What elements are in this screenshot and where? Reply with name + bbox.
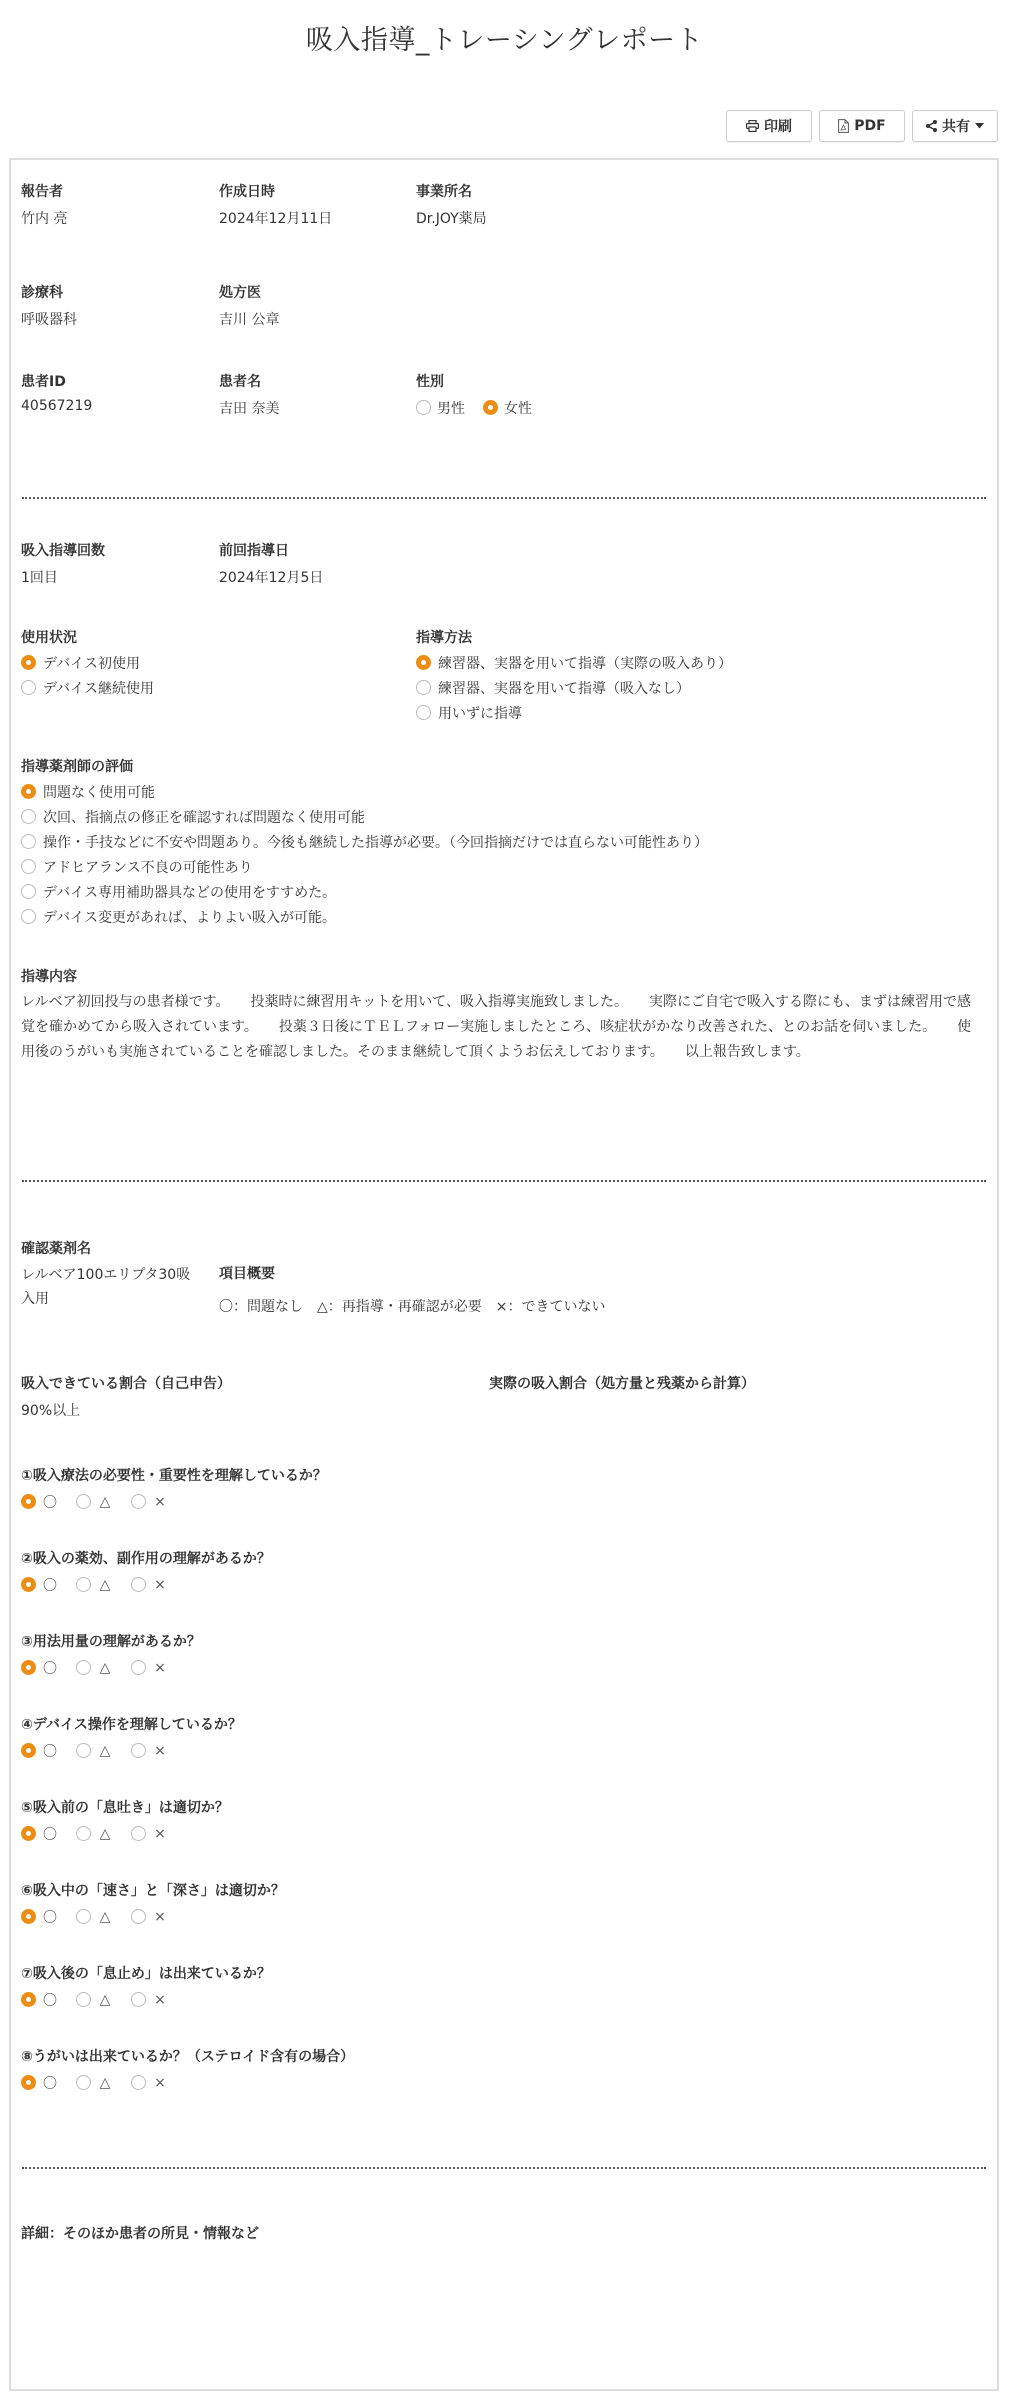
radio-unselected-icon[interactable]: [416, 680, 431, 695]
print-button[interactable]: 印刷: [726, 110, 812, 142]
radio-unselected-icon[interactable]: [21, 834, 36, 849]
patient-name-value: 吉田 奈美: [219, 398, 279, 418]
share-icon: [926, 120, 937, 132]
radio-unselected-icon[interactable]: [416, 400, 431, 415]
question-item: ②吸入の薬効、副作用の理解があるか？ 〇 △ ×: [21, 1548, 354, 1631]
radio-unselected-icon[interactable]: [76, 1743, 91, 1758]
pdf-file-icon: [838, 119, 849, 133]
radio-selected-icon[interactable]: [21, 1909, 36, 1924]
radio-unselected-icon[interactable]: [76, 1494, 91, 1509]
pdf-button[interactable]: PDF: [819, 110, 905, 142]
radio-unselected-icon[interactable]: [131, 2075, 146, 2090]
radio-unselected-icon[interactable]: [416, 705, 431, 720]
section-divider: [22, 2167, 986, 2169]
question-item: ⑥吸入中の「速さ」と「深さ」は適切か？ 〇 △ ×: [21, 1880, 354, 1963]
option-recheck[interactable]: △: [76, 1909, 113, 1925]
option-good[interactable]: 〇: [21, 1824, 58, 1844]
radio-unselected-icon[interactable]: [131, 1826, 146, 1841]
radio-unselected-icon[interactable]: [76, 1992, 91, 2007]
actual-rate-label: 実際の吸入割合（処方量と残薬から計算）: [489, 1373, 755, 1393]
question-radio-group: 〇 △ ×: [21, 1489, 354, 1514]
method-option-without-inhalation[interactable]: 練習器、実器を用いて指導（吸入なし）: [416, 675, 732, 700]
share-label: 共有: [942, 116, 970, 136]
guidance-count-value: 1回目: [21, 567, 58, 587]
option-good[interactable]: 〇: [21, 1658, 58, 1678]
option-recheck[interactable]: △: [76, 1494, 113, 1510]
radio-unselected-icon[interactable]: [131, 1909, 146, 1924]
radio-selected-icon[interactable]: [21, 1743, 36, 1758]
option-recheck[interactable]: △: [76, 1743, 113, 1759]
report-panel: 報告者 竹内 亮 作成日時 2024年12月11日 事業所名 Dr.JOY薬局 …: [9, 158, 999, 2391]
facility-label: 事業所名: [416, 181, 472, 201]
evaluation-option[interactable]: アドヒアランス不良の可能性あり: [21, 854, 708, 879]
option-not-done[interactable]: ×: [131, 1660, 168, 1676]
radio-unselected-icon[interactable]: [131, 1992, 146, 2007]
question-item: ⑧うがいは出来ているか？（ステロイド含有の場合） 〇 △ ×: [21, 2046, 354, 2129]
patient-id-value: 40567219: [21, 398, 92, 414]
evaluation-option[interactable]: 次回、指摘点の修正を確認すれば問題なく使用可能: [21, 804, 708, 829]
evaluation-option[interactable]: 操作・手技などに不安や問題あり。今後も継続した指導が必要。（今回指摘だけでは直ら…: [21, 829, 708, 854]
guidance-count-label: 吸入指導回数: [21, 540, 105, 560]
option-good[interactable]: 〇: [21, 1575, 58, 1595]
radio-unselected-icon[interactable]: [76, 1826, 91, 1841]
evaluation-radio-group: 問題なく使用可能 次回、指摘点の修正を確認すれば問題なく使用可能 操作・手技など…: [21, 779, 708, 929]
option-not-done[interactable]: ×: [131, 1909, 168, 1925]
question-item: ③用法用量の理解があるか？ 〇 △ ×: [21, 1631, 354, 1714]
radio-unselected-icon[interactable]: [131, 1577, 146, 1592]
usage-status-label: 使用状況: [21, 627, 77, 647]
question-label: ⑧うがいは出来ているか？（ステロイド含有の場合）: [21, 2046, 354, 2066]
pdf-label: PDF: [854, 118, 885, 134]
radio-selected-icon[interactable]: [483, 400, 498, 415]
evaluation-option[interactable]: デバイス専用補助器具などの使用をすすめた。: [21, 879, 708, 904]
question-radio-group: 〇 △ ×: [21, 1904, 354, 1929]
details-label: 詳細：そのほか患者の所見・情報など: [21, 2223, 259, 2243]
toolbar: 印刷 PDF 共有: [726, 110, 998, 142]
radio-unselected-icon[interactable]: [76, 2075, 91, 2090]
caret-down-icon: [975, 123, 984, 129]
option-good[interactable]: 〇: [21, 1990, 58, 2010]
usage-status-radio-group: デバイス初使用 デバイス継続使用: [21, 650, 154, 700]
created-date-label: 作成日時: [219, 181, 275, 201]
question-radio-group: 〇 △ ×: [21, 1821, 354, 1846]
guidance-content-label: 指導内容: [21, 966, 77, 986]
section-divider: [22, 497, 986, 499]
radio-selected-icon[interactable]: [21, 2075, 36, 2090]
printer-icon: [746, 120, 759, 132]
department-value: 呼吸器科: [21, 309, 77, 329]
prescriber-label: 処方医: [219, 282, 261, 302]
question-list: ①吸入療法の必要性・重要性を理解しているか？ 〇 △ × ②吸入の薬効、副作用の…: [21, 1465, 354, 2129]
evaluation-option[interactable]: デバイス変更があれば、よりよい吸入が可能。: [21, 904, 708, 929]
usage-option-first-use[interactable]: デバイス初使用: [21, 650, 154, 675]
radio-unselected-icon[interactable]: [131, 1494, 146, 1509]
item-summary-legend: 〇：問題なし △：再指導・再確認が必要 ×：できていない: [219, 1296, 606, 1316]
radio-selected-icon[interactable]: [21, 784, 36, 799]
option-not-done[interactable]: ×: [131, 1494, 168, 1510]
evaluation-option[interactable]: 問題なく使用可能: [21, 779, 708, 804]
radio-unselected-icon[interactable]: [21, 909, 36, 924]
facility-value: Dr.JOY薬局: [416, 208, 487, 228]
question-label: ①吸入療法の必要性・重要性を理解しているか？: [21, 1465, 354, 1485]
gender-label: 性別: [416, 371, 444, 391]
question-label: ②吸入の薬効、副作用の理解があるか？: [21, 1548, 354, 1568]
previous-date-value: 2024年12月5日: [219, 567, 323, 587]
print-label: 印刷: [764, 116, 792, 136]
question-item: ⑤吸入前の「息吐き」は適切か？ 〇 △ ×: [21, 1797, 354, 1880]
guidance-content-text: レルベア初回投与の患者様です。 投薬時に練習用キットを用いて、吸入指導実施致しま…: [21, 990, 981, 1065]
radio-selected-icon[interactable]: [416, 655, 431, 670]
created-date-value: 2024年12月11日: [219, 208, 332, 228]
evaluation-label: 指導薬剤師の評価: [21, 756, 133, 776]
question-label: ③用法用量の理解があるか？: [21, 1631, 354, 1651]
question-item: ⑦吸入後の「息止め」は出来ているか？ 〇 △ ×: [21, 1963, 354, 2046]
previous-date-label: 前回指導日: [219, 540, 289, 560]
reporter-label: 報告者: [21, 181, 63, 201]
option-good[interactable]: 〇: [21, 1907, 58, 1927]
option-recheck[interactable]: △: [76, 1660, 113, 1676]
question-radio-group: 〇 △ ×: [21, 1987, 354, 2012]
reporter-value: 竹内 亮: [21, 208, 67, 228]
option-recheck[interactable]: △: [76, 2075, 113, 2091]
radio-selected-icon[interactable]: [21, 1494, 36, 1509]
radio-unselected-icon[interactable]: [21, 884, 36, 899]
usage-option-continued-use[interactable]: デバイス継続使用: [21, 675, 154, 700]
guidance-method-label: 指導方法: [416, 627, 472, 647]
question-item: ①吸入療法の必要性・重要性を理解しているか？ 〇 △ ×: [21, 1465, 354, 1548]
self-reported-rate-value: 90%以上: [21, 1400, 80, 1420]
page-title: 吸入指導_トレーシングレポート: [0, 18, 1009, 57]
department-label: 診療科: [21, 282, 63, 302]
method-option-no-device[interactable]: 用いずに指導: [416, 700, 732, 725]
share-dropdown-button[interactable]: 共有: [912, 110, 998, 142]
option-good[interactable]: 〇: [21, 1741, 58, 1761]
question-item: ④デバイス操作を理解しているか？ 〇 △ ×: [21, 1714, 354, 1797]
question-radio-group: 〇 △ ×: [21, 1572, 354, 1597]
option-recheck[interactable]: △: [76, 1992, 113, 2008]
self-reported-rate-label: 吸入できている割合（自己申告）: [21, 1373, 231, 1393]
patient-id-label: 患者ID: [21, 371, 66, 391]
radio-unselected-icon[interactable]: [76, 1909, 91, 1924]
option-recheck[interactable]: △: [76, 1577, 113, 1593]
option-not-done[interactable]: ×: [131, 1992, 168, 2008]
option-not-done[interactable]: ×: [131, 2075, 168, 2091]
patient-name-label: 患者名: [219, 371, 261, 391]
option-not-done[interactable]: ×: [131, 1577, 168, 1593]
option-not-done[interactable]: ×: [131, 1826, 168, 1842]
radio-selected-icon[interactable]: [21, 1577, 36, 1592]
radio-unselected-icon[interactable]: [21, 680, 36, 695]
radio-unselected-icon[interactable]: [76, 1660, 91, 1675]
section-divider: [22, 1180, 986, 1182]
option-good[interactable]: 〇: [21, 1492, 58, 1512]
option-not-done[interactable]: ×: [131, 1743, 168, 1759]
question-label: ⑤吸入前の「息吐き」は適切か？: [21, 1797, 354, 1817]
radio-unselected-icon[interactable]: [76, 1577, 91, 1592]
prescriber-value: 吉川 公章: [219, 309, 279, 329]
question-radio-group: 〇 △ ×: [21, 1655, 354, 1680]
guidance-method-radio-group: 練習器、実器を用いて指導（実際の吸入あり） 練習器、実器を用いて指導（吸入なし）…: [416, 650, 732, 725]
method-option-with-inhalation[interactable]: 練習器、実器を用いて指導（実際の吸入あり）: [416, 650, 732, 675]
radio-selected-icon[interactable]: [21, 1660, 36, 1675]
item-summary-label: 項目概要: [219, 1263, 275, 1283]
gender-option-male[interactable]: 男性: [416, 398, 465, 418]
gender-option-female[interactable]: 女性: [483, 398, 532, 418]
question-radio-group: 〇 △ ×: [21, 2070, 354, 2095]
radio-selected-icon[interactable]: [21, 1992, 36, 2007]
drug-name-value: レルベア100エリプタ30吸入用: [21, 1263, 191, 1311]
radio-unselected-icon[interactable]: [21, 809, 36, 824]
drug-name-label: 確認薬剤名: [21, 1238, 91, 1258]
radio-unselected-icon[interactable]: [21, 859, 36, 874]
question-label: ④デバイス操作を理解しているか？: [21, 1714, 354, 1734]
question-radio-group: 〇 △ ×: [21, 1738, 354, 1763]
radio-selected-icon[interactable]: [21, 655, 36, 670]
radio-unselected-icon[interactable]: [131, 1660, 146, 1675]
option-good[interactable]: 〇: [21, 2073, 58, 2093]
radio-selected-icon[interactable]: [21, 1826, 36, 1841]
question-label: ⑥吸入中の「速さ」と「深さ」は適切か？: [21, 1880, 354, 1900]
radio-unselected-icon[interactable]: [131, 1743, 146, 1758]
question-label: ⑦吸入後の「息止め」は出来ているか？: [21, 1963, 354, 1983]
option-recheck[interactable]: △: [76, 1826, 113, 1842]
gender-radio-group: 男性 女性: [416, 395, 550, 420]
